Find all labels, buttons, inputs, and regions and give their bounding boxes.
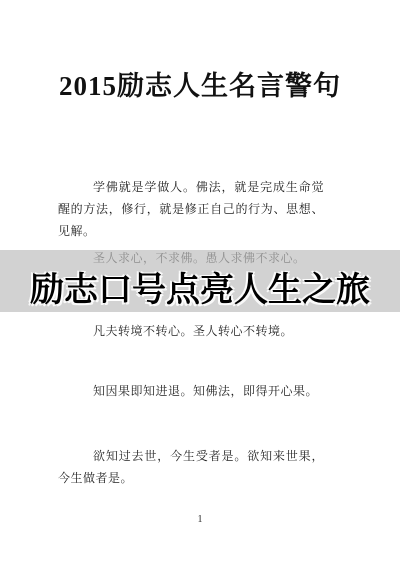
paragraph: 学佛就是学做人。佛法，就是完成生命觉醒的方法，修行，就是修正自己的行为、思想、见… [58,176,324,242]
paragraph: 欲知过去世，今生受者是。欲知来世果，今生做者是。 [58,445,324,489]
page-title: 2015励志人生名言警句 [0,64,400,103]
paragraph: 凡夫转境不转心。圣人转心不转境。 [58,320,324,342]
document-page: 2015励志人生名言警句 学佛就是学做人。佛法，就是完成生命觉醒的方法，修行，就… [0,0,400,565]
page-number: 1 [0,514,400,525]
banner-headline: 励志口号点亮人生之旅 [0,262,400,311]
paragraph: 知因果即知进退。知佛法，即得开心果。 [58,380,324,402]
